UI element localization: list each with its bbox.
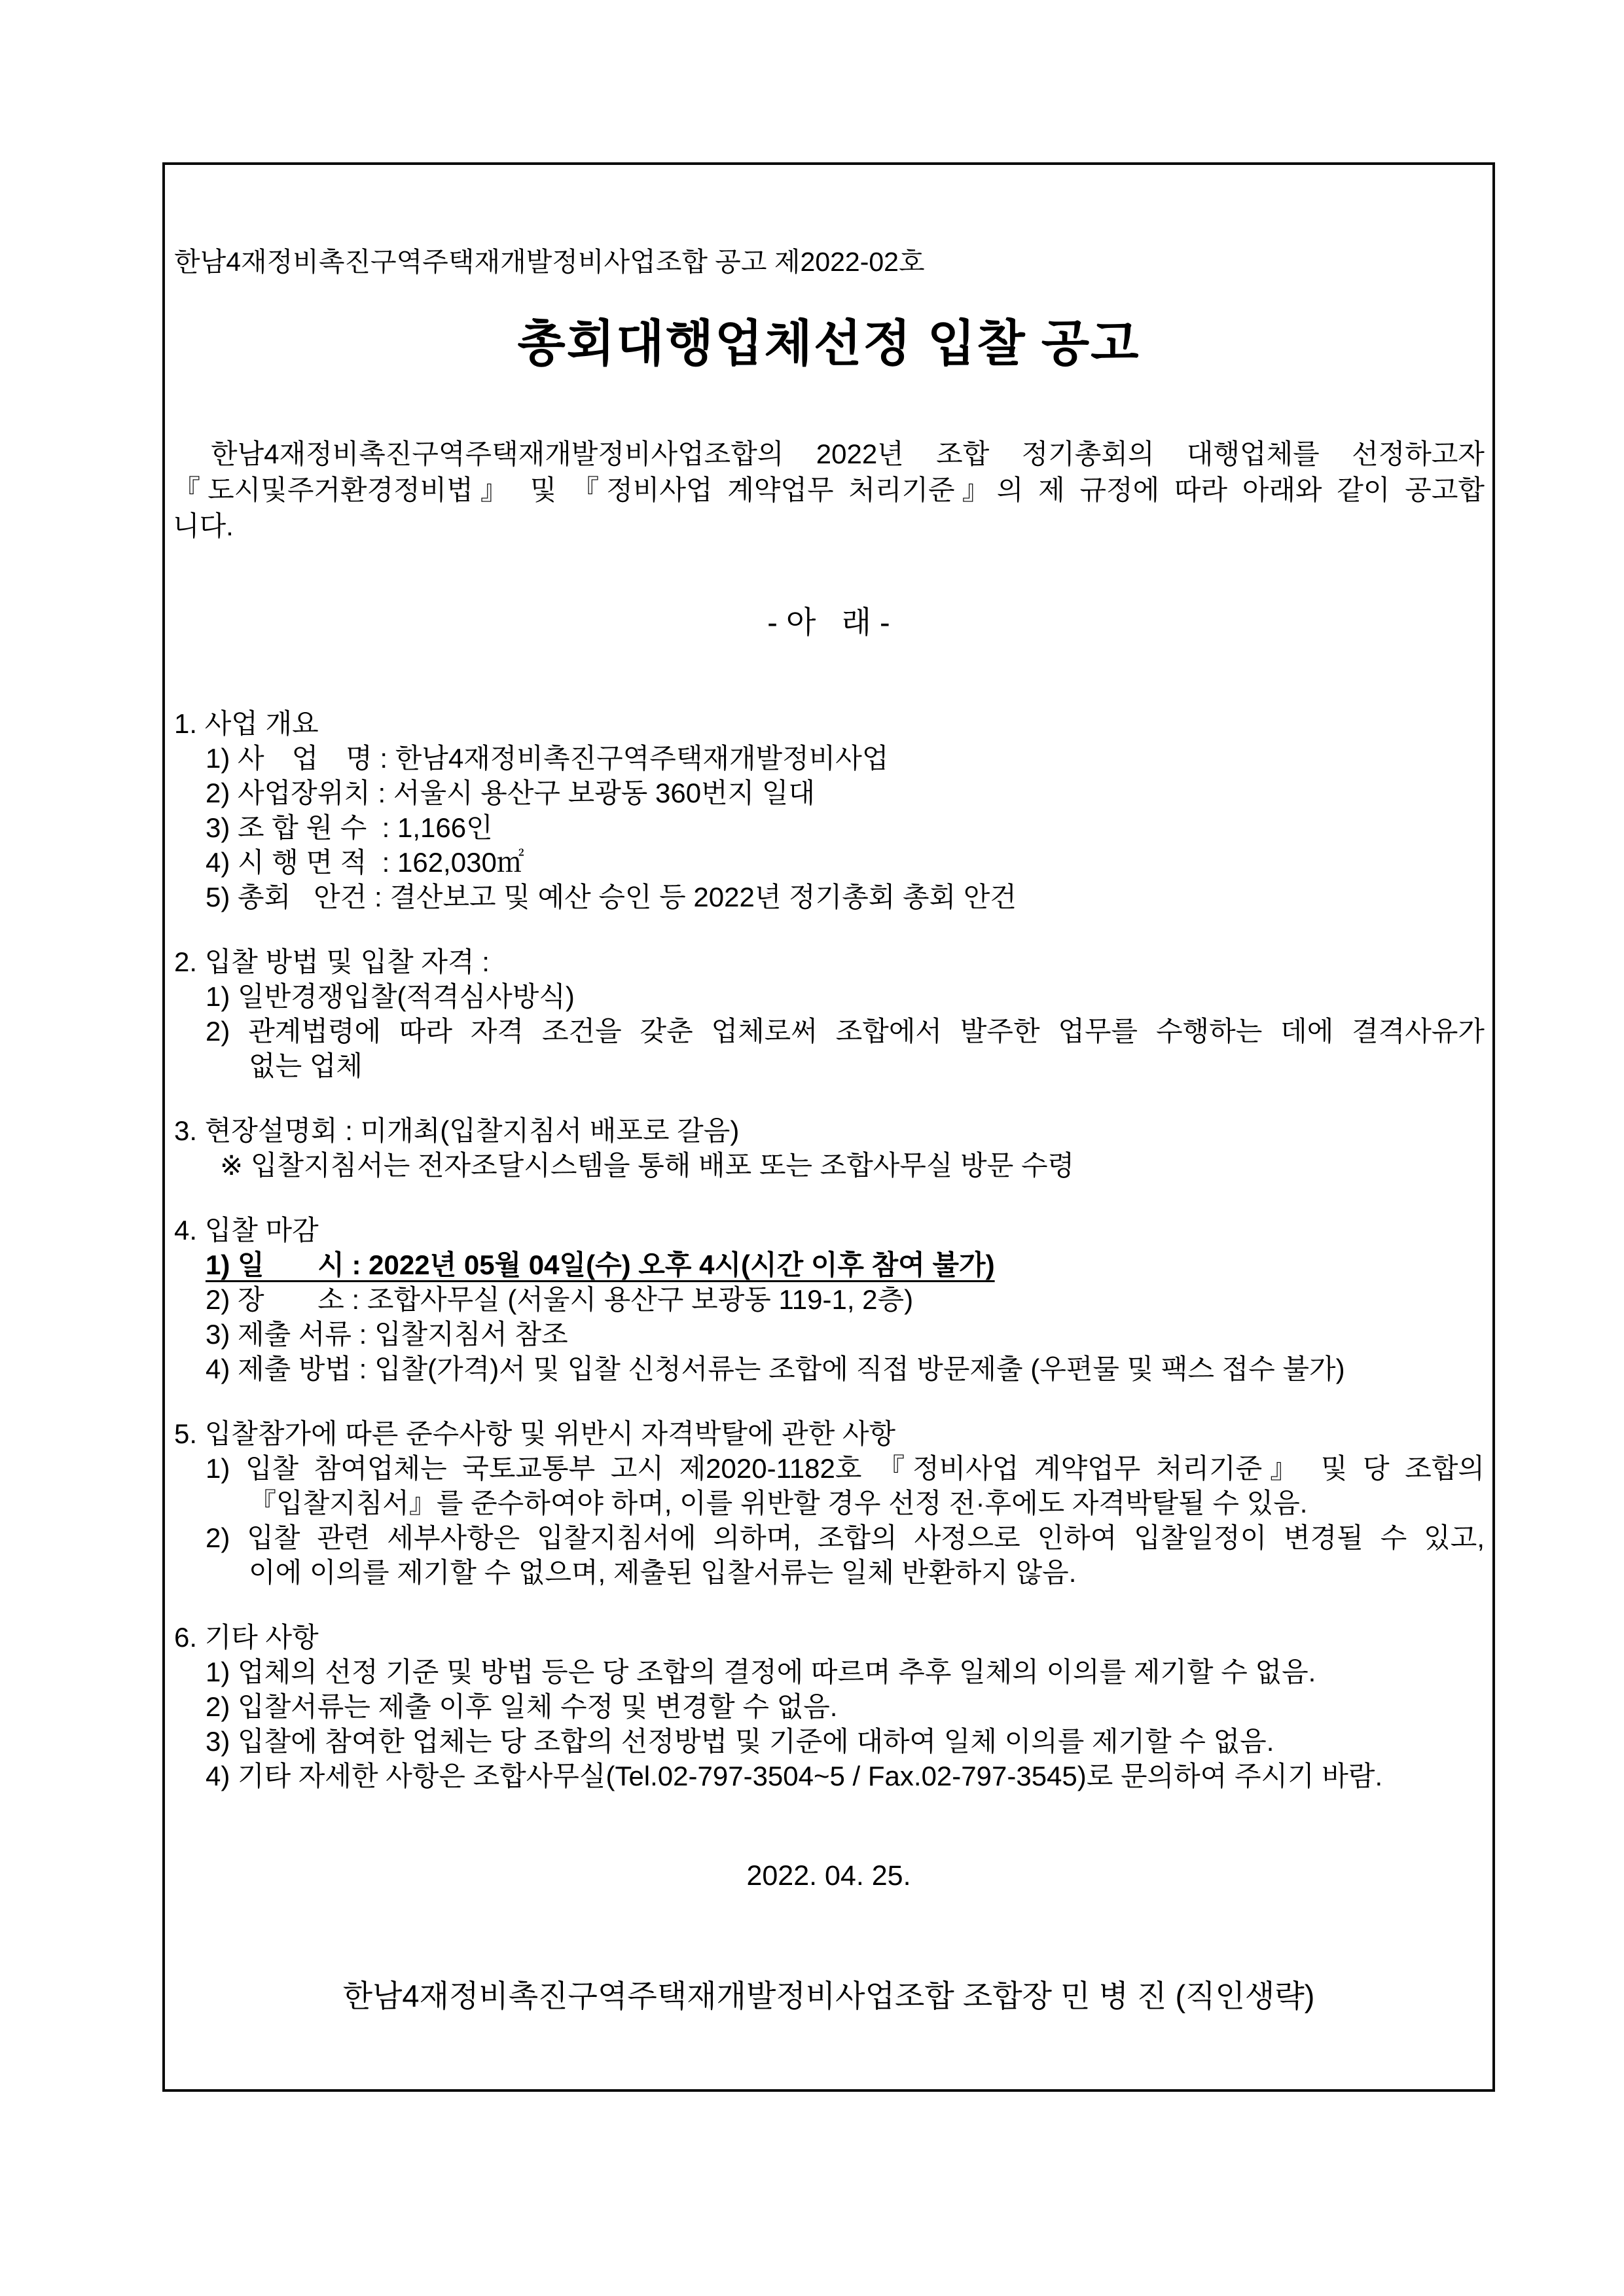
document-border-frame: 한남4재정비촉진구역주택재개발정비사업조합 공고 제2022-02호 총회대행업… — [162, 162, 1495, 2092]
section-line: 4) 제출 방법 : 입찰(가격)서 및 입찰 신청서류는 조합에 직접 방문제… — [165, 1352, 1492, 1386]
section-line: 5) 총회 안건 : 결산보고 및 예산 승인 등 2022년 정기총회 총회 … — [165, 880, 1492, 914]
document-title: 총회대행업체선정 입찰 공고 — [165, 315, 1492, 373]
section-line: 4) 시 행 면 적 : 162,030㎡ — [165, 845, 1492, 880]
section-3: 3. 현장설명회 : 미개최(입찰지침서 배포로 갈음)※ 입찰지침서는 전자조… — [165, 1113, 1492, 1183]
section-heading: 4. 입찰 마감 — [165, 1213, 1492, 1247]
intro-line: 니다. — [165, 508, 1492, 544]
section-1: 1. 사업 개요1) 사 업 명 : 한남4재정비촉진구역주택재개발정비사업2)… — [165, 706, 1492, 914]
sections-container: 1. 사업 개요1) 사 업 명 : 한남4재정비촉진구역주택재개발정비사업2)… — [165, 706, 1492, 1793]
section-line: 4) 기타 자세한 사항은 조합사무실(Tel.02-797-3504~5 / … — [165, 1759, 1492, 1793]
section-6: 6. 기타 사항1) 업체의 선정 기준 및 방법 등은 당 조합의 결정에 따… — [165, 1620, 1492, 1793]
section-4: 4. 입찰 마감1) 일 시 : 2022년 05월 04일(수) 오후 4시(… — [165, 1213, 1492, 1386]
section-heading: 6. 기타 사항 — [165, 1620, 1492, 1655]
section-line: 2) 관계법령에 따라 자격 조건을 갖춘 업체로써 조합에서 발주한 업무를 … — [165, 1014, 1492, 1049]
section-line: 3) 입찰에 참여한 업체는 당 조합의 선정방법 및 기준에 대하여 일체 이… — [165, 1724, 1492, 1759]
section-line: ※ 입찰지침서는 전자조달시스템을 통해 배포 또는 조합사무실 방문 수령 — [165, 1148, 1492, 1183]
section-heading: 3. 현장설명회 : 미개최(입찰지침서 배포로 갈음) — [165, 1113, 1492, 1148]
section-line: 이에 이의를 제기할 수 없으며, 제출된 입찰서류는 일체 반환하지 않음. — [165, 1555, 1492, 1590]
section-line: 1) 입찰 참여업체는 국토교통부 고시 제2020-1182호 『정비사업 계… — [165, 1451, 1492, 1486]
section-line: 1) 사 업 명 : 한남4재정비촉진구역주택재개발정비사업 — [165, 741, 1492, 776]
section-heading: 2. 입찰 방법 및 입찰 자격 : — [165, 944, 1492, 979]
section-5: 5. 입찰참가에 따른 준수사항 및 위반시 자격박탈에 관한 사항1) 입찰 … — [165, 1416, 1492, 1590]
intro-paragraph: 한남4재정비촉진구역주택재개발정비사업조합의 2022년 조합 정기총회의 대행… — [165, 436, 1492, 544]
section-line: 2) 사업장위치 : 서울시 용산구 보광동 360번지 일대 — [165, 776, 1492, 810]
section-line: 1) 업체의 선정 기준 및 방법 등은 당 조합의 결정에 따르며 추후 일체… — [165, 1655, 1492, 1689]
section-2: 2. 입찰 방법 및 입찰 자격 :1) 일반경쟁입찰(적격심사방식)2) 관계… — [165, 944, 1492, 1083]
section-line: 없는 업체 — [165, 1049, 1492, 1083]
section-line: 『입찰지침서』를 준수하여야 하며, 이를 위반할 경우 선정 전·후에도 자격… — [165, 1486, 1492, 1520]
section-line: 2) 입찰서류는 제출 이후 일체 수정 및 변경할 수 없음. — [165, 1689, 1492, 1724]
signature-line: 한남4재정비촉진구역주택재개발정비사업조합 조합장 민 병 진 (직인생략) — [165, 1977, 1492, 2015]
section-line: 2) 입찰 관련 세부사항은 입찰지침서에 의하며, 조합의 사정으로 인하여 … — [165, 1520, 1492, 1555]
section-heading: 5. 입찰참가에 따른 준수사항 및 위반시 자격박탈에 관한 사항 — [165, 1416, 1492, 1451]
below-marker: - 아 래 - — [165, 604, 1492, 641]
section-line: 3) 제출 서류 : 입찰지침서 참조 — [165, 1317, 1492, 1352]
document-page: 한남4재정비촉진구역주택재개발정비사업조합 공고 제2022-02호 총회대행업… — [0, 0, 1624, 2296]
section-line: 1) 일반경쟁입찰(적격심사방식) — [165, 979, 1492, 1014]
announcement-date: 2022. 04. 25. — [165, 1859, 1492, 1893]
doc-number-line: 한남4재정비촉진구역주택재개발정비사업조합 공고 제2022-02호 — [165, 245, 1492, 279]
section-line: 1) 일 시 : 2022년 05월 04일(수) 오후 4시(시간 이후 참여… — [165, 1247, 1492, 1282]
intro-line: 한남4재정비촉진구역주택재개발정비사업조합의 2022년 조합 정기총회의 대행… — [165, 436, 1492, 472]
section-line: 2) 장 소 : 조합사무실 (서울시 용산구 보광동 119-1, 2층) — [165, 1282, 1492, 1317]
section-heading: 1. 사업 개요 — [165, 706, 1492, 741]
intro-line: 『도시및주거환경정비법』 및 『정비사업 계약업무 처리기준』의 제 규정에 따… — [165, 472, 1492, 508]
section-line: 3) 조 합 원 수 : 1,166인 — [165, 810, 1492, 845]
